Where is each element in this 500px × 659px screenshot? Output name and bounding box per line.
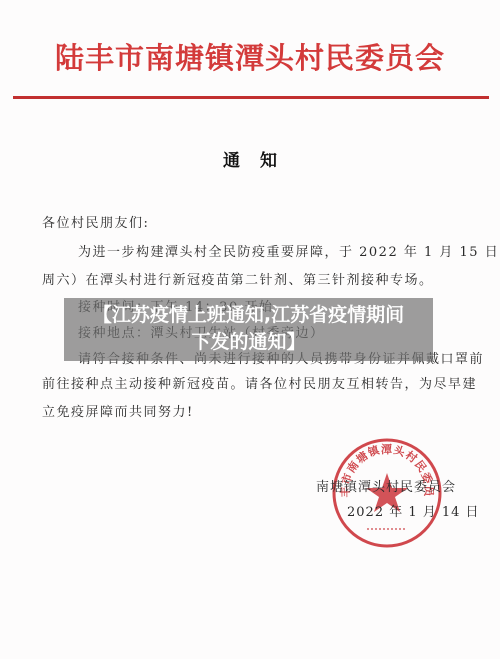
signature-org: 南塘镇潭头村民委员会	[316, 476, 456, 495]
title-overlay-text: 【江苏疫情上班通知,江苏省疫情期间 下发的通知】	[64, 298, 433, 356]
paragraph1-line2: 周六）在潭头村进行新冠疫苗第二针剂、第三针剂接种专场。	[42, 269, 434, 288]
org-header: 陆丰市南塘镇潭头村民委员会	[0, 36, 500, 77]
signature-date: 2022 年 1 月 14 日	[347, 501, 480, 520]
notice-title: 通 知	[0, 146, 500, 171]
overlay-line2: 下发的通知】	[64, 329, 433, 356]
paragraph1-line1: 为进一步构建潭头村全民防疫重要屏障，于 2022 年 1 月 15 日（本	[78, 241, 500, 260]
paragraph2-line3: 立免疫屏障而共同努力!	[42, 401, 194, 420]
overlay-line1: 【江苏疫情上班通知,江苏省疫情期间	[64, 302, 433, 329]
salutation: 各位村民朋友们:	[42, 212, 149, 231]
header-divider	[13, 96, 489, 99]
paragraph2-line2: 前往接种点主动接种新冠疫苗。请各位村民朋友互相转告，为尽早建	[42, 373, 477, 392]
